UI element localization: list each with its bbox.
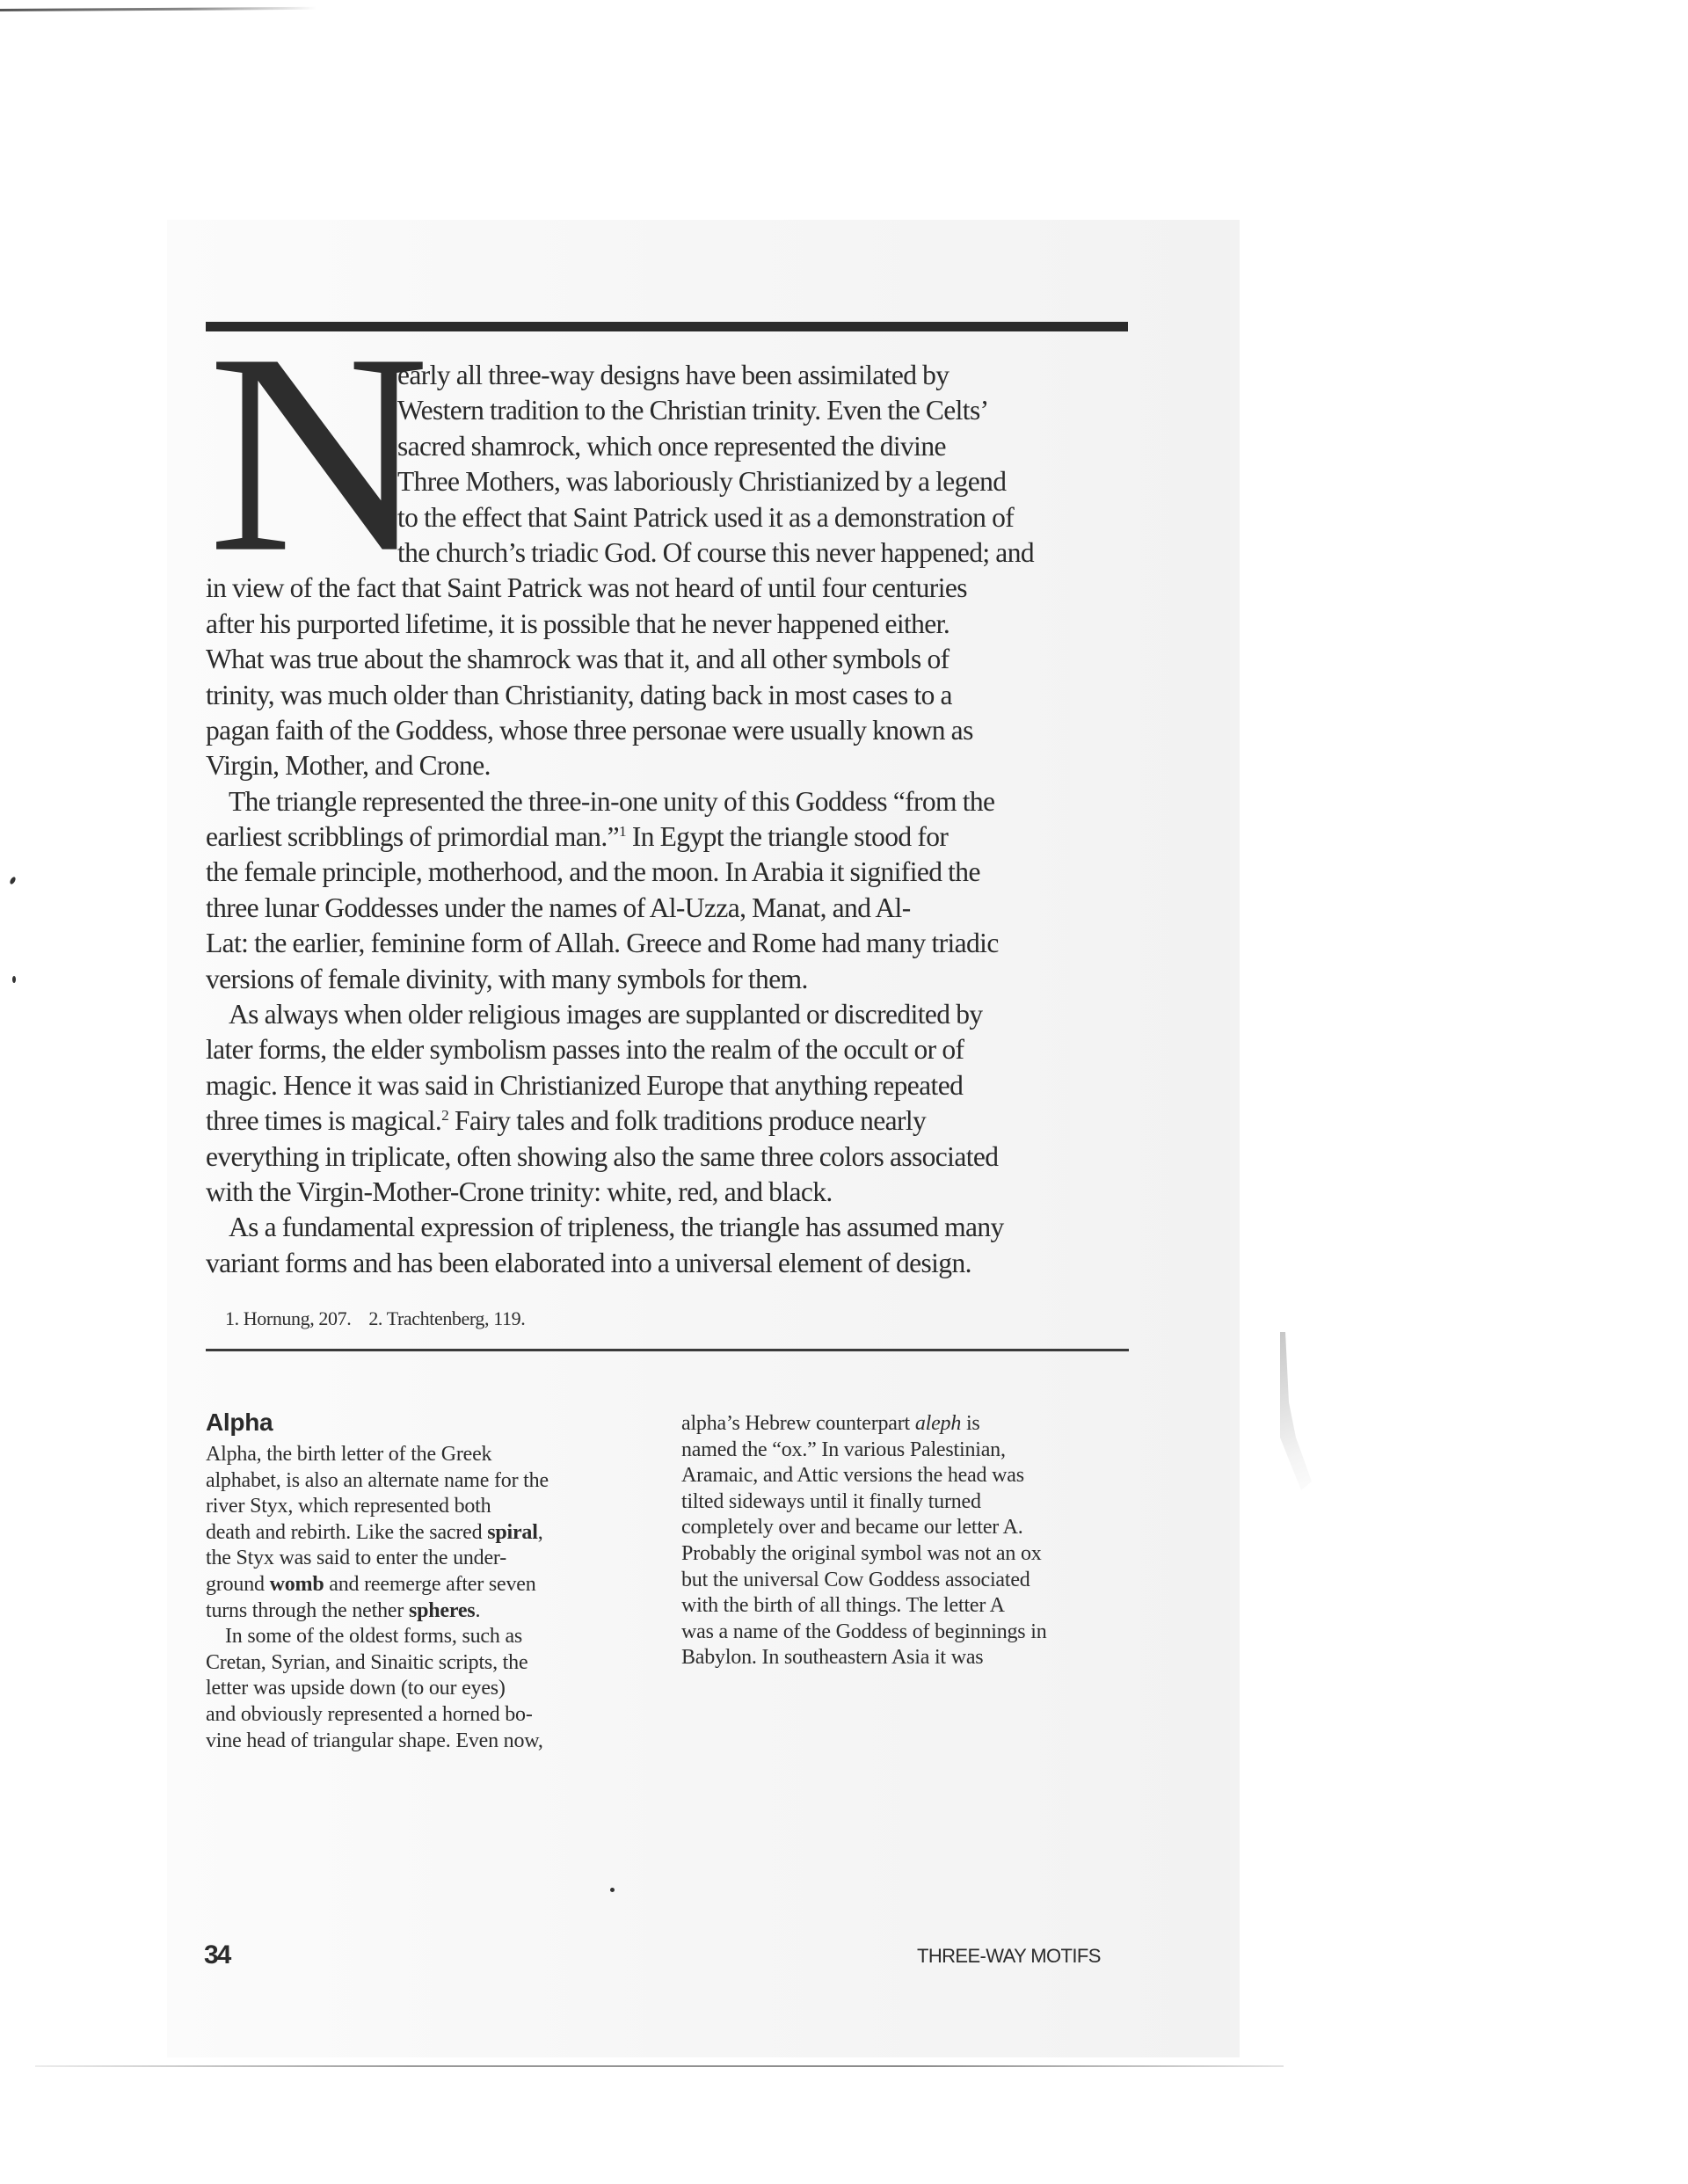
italic-term-aleph: aleph <box>915 1412 961 1435</box>
text-line: In some of the oldest forms, such as <box>206 1624 663 1650</box>
text-segment: turns through the nether <box>206 1599 409 1622</box>
running-head: THREE-WAY MOTIFS <box>917 1945 1101 1968</box>
text-line: named the “ox.” In various Palestinian, <box>681 1438 1139 1464</box>
text-line: Babylon. In southeastern Asia it was <box>681 1645 1139 1671</box>
paper-fold-shadow <box>1277 1332 1312 1508</box>
scan-edge-bottom <box>35 2065 1284 2067</box>
text-segment: is <box>961 1412 979 1435</box>
text-line: early all three-way designs have been as… <box>206 358 1131 393</box>
text-segment: Fairy tales and folk traditions produce … <box>448 1105 926 1136</box>
text-line: magic. Hence it was said in Christianize… <box>206 1068 1131 1103</box>
text-line: in view of the fact that Saint Patrick w… <box>206 571 1131 606</box>
text-segment: ground <box>206 1573 270 1596</box>
text-line: trinity, was much older than Christianit… <box>206 678 1131 713</box>
text-line: everything in triplicate, often showing … <box>206 1139 1131 1175</box>
scan-speck <box>610 1888 615 1892</box>
text-line: variant forms and has been elaborated in… <box>206 1246 1131 1281</box>
footnote-ref-2: 2 <box>441 1107 448 1124</box>
text-line: three times is magical.2 Fairy tales and… <box>206 1103 1131 1139</box>
footnotes: 1. Hornung, 207.2. Trachtenberg, 119. <box>225 1307 525 1330</box>
text-line: alpha’s Hebrew counterpart aleph is <box>681 1411 1139 1438</box>
intro-text: early all three-way designs have been as… <box>206 358 1131 1281</box>
text-line: turns through the nether spheres. <box>206 1598 663 1625</box>
text-line: Cretan, Syrian, and Sinaitic scripts, th… <box>206 1650 663 1677</box>
footnote-1: 1. Hornung, 207. <box>225 1307 351 1329</box>
footnote-rule <box>206 1349 1129 1351</box>
cross-reference-womb[interactable]: womb <box>270 1573 324 1596</box>
text-line: completely over and became our letter A. <box>681 1515 1139 1541</box>
text-line: the female principle, motherhood, and th… <box>206 855 1131 890</box>
text-line: alphabet, is also an alternate name for … <box>206 1468 663 1495</box>
text-line: sacred shamrock, which once represented … <box>206 429 1131 464</box>
cross-reference-spiral[interactable]: spiral <box>487 1521 537 1544</box>
text-segment: three times is magical. <box>206 1105 441 1136</box>
text-line: the Styx was said to enter the under- <box>206 1546 663 1572</box>
text-line: to the effect that Saint Patrick used it… <box>206 500 1131 535</box>
text-line: later forms, the elder symbolism passes … <box>206 1032 1131 1067</box>
text-line: with the birth of all things. The letter… <box>681 1593 1139 1620</box>
text-line: letter was upside down (to our eyes) <box>206 1676 663 1702</box>
text-line: death and rebirth. Like the sacred spira… <box>206 1520 663 1547</box>
text-line: the church’s triadic God. Of course this… <box>206 535 1131 571</box>
text-line: three lunar Goddesses under the names of… <box>206 891 1131 926</box>
cross-reference-spheres[interactable]: spheres <box>409 1599 476 1622</box>
text-line: vine head of triangular shape. Even now, <box>206 1729 663 1755</box>
text-line: earliest scribblings of primordial man.”… <box>206 819 1131 855</box>
text-line: Three Mothers, was laboriously Christian… <box>206 464 1131 499</box>
text-segment: and reemerge after seven <box>324 1573 535 1596</box>
text-line: pagan faith of the Goddess, whose three … <box>206 713 1131 748</box>
text-line: with the Virgin-Mother-Crone trinity: wh… <box>206 1175 1131 1210</box>
text-line: ground womb and reemerge after seven <box>206 1572 663 1598</box>
text-line: and obviously represented a horned bo- <box>206 1702 663 1729</box>
text-line: Western tradition to the Christian trini… <box>206 393 1131 428</box>
text-line: Virgin, Mother, and Crone. <box>206 748 1131 783</box>
entry-left-column: Alpha, the birth letter of the Greek alp… <box>206 1442 663 1754</box>
text-line: river Styx, which represented both <box>206 1494 663 1520</box>
text-line: tilted sideways until it finally turned <box>681 1489 1139 1516</box>
text-segment: , <box>538 1521 543 1544</box>
scan-speck <box>12 976 16 983</box>
footnote-ref-1: 1 <box>619 823 626 840</box>
text-segment: earliest scribblings of primordial man.” <box>206 821 619 852</box>
text-segment: In Egypt the triangle stood for <box>626 821 948 852</box>
text-segment: alpha’s Hebrew counterpart <box>681 1412 915 1435</box>
text-segment: death and rebirth. Like the sacred <box>206 1521 487 1544</box>
entry-heading: Alpha <box>206 1409 273 1437</box>
text-line: Lat: the earlier, feminine form of Allah… <box>206 926 1131 961</box>
text-line: What was true about the shamrock was tha… <box>206 642 1131 677</box>
entry-right-column: alpha’s Hebrew counterpart aleph is name… <box>681 1411 1139 1671</box>
text-line: versions of female divinity, with many s… <box>206 962 1131 997</box>
text-line: was a name of the Goddess of beginnings … <box>681 1620 1139 1646</box>
text-line: but the universal Cow Goddess associated <box>681 1568 1139 1594</box>
scan-edge-top <box>0 7 316 11</box>
text-line: Alpha, the birth letter of the Greek <box>206 1442 663 1468</box>
scan-speck <box>9 876 17 885</box>
text-line: As a fundamental expression of triplenes… <box>206 1210 1131 1245</box>
footnote-2: 2. Trachtenberg, 119. <box>368 1307 525 1329</box>
page-number: 34 <box>204 1940 229 1970</box>
text-line: The triangle represented the three-in-on… <box>206 784 1131 819</box>
text-line: As always when older religious images ar… <box>206 997 1131 1032</box>
text-segment: . <box>475 1599 480 1622</box>
text-line: after his purported lifetime, it is poss… <box>206 607 1131 642</box>
text-line: Probably the original symbol was not an … <box>681 1541 1139 1568</box>
text-line: Aramaic, and Attic versions the head was <box>681 1463 1139 1489</box>
